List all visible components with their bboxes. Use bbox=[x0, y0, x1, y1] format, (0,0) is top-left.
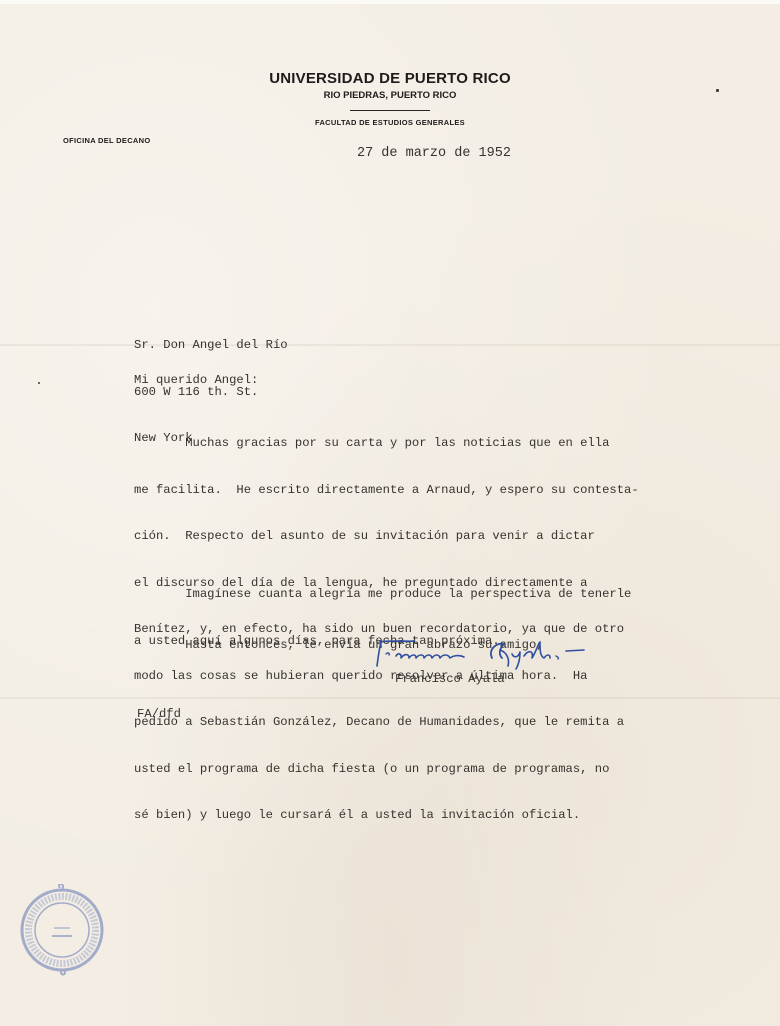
salutation: Mi querido Angel: bbox=[134, 373, 258, 389]
recipient-name: Sr. Don Angel del Río bbox=[134, 338, 288, 354]
reference-initials: FA/dfd bbox=[137, 707, 181, 723]
body-line: me facilita. He escrito directamente a A… bbox=[134, 483, 639, 499]
typed-signature-name: Francisco Ayala bbox=[395, 672, 505, 688]
body-line: Muchas gracias por su carta y por las no… bbox=[134, 436, 639, 452]
paper-speck bbox=[38, 382, 40, 384]
body-line: usted el programa de dicha fiesta (o un … bbox=[134, 762, 639, 778]
body-line: pedido a Sebastián González, Decano de H… bbox=[134, 715, 639, 731]
body-line: ción. Respecto del asunto de su invitaci… bbox=[134, 529, 639, 545]
office-name: OFICINA DEL DECANO bbox=[63, 136, 151, 145]
body-line: sé bien) y luego le cursará él a usted l… bbox=[134, 808, 639, 824]
handwritten-signature bbox=[372, 636, 602, 672]
body-line: Imagínese cuanta alegría me produce la p… bbox=[134, 587, 631, 603]
seal-stamp-icon bbox=[16, 884, 108, 976]
paper-fold-line bbox=[0, 344, 780, 346]
paper-top-edge bbox=[0, 0, 780, 4]
letter-date: 27 de marzo de 1952 bbox=[357, 146, 511, 162]
paper-speck bbox=[716, 89, 719, 92]
institution-location: RIO PIEDRAS, PUERTO RICO bbox=[240, 90, 540, 102]
letterhead-divider bbox=[350, 110, 430, 111]
faculty-name: FACULTAD DE ESTUDIOS GENERALES bbox=[240, 118, 540, 128]
letterhead: UNIVERSIDAD DE PUERTO RICO RIO PIEDRAS, … bbox=[240, 70, 540, 128]
institution-name: UNIVERSIDAD DE PUERTO RICO bbox=[240, 70, 540, 88]
